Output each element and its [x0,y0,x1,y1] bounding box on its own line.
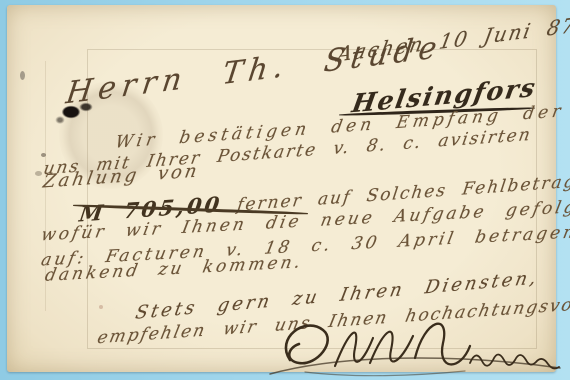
ink-speck [41,153,46,157]
scanned-postcard-scene: Aachen 10 Juni 87. Herrn Th. Stude Helsi… [0,0,570,380]
signature-flourish [265,308,567,380]
ink-speck [20,71,25,80]
postcard: Aachen 10 Juni 87. Herrn Th. Stude Helsi… [7,5,556,372]
ink-speck [35,171,42,176]
paper-stain [99,305,103,309]
